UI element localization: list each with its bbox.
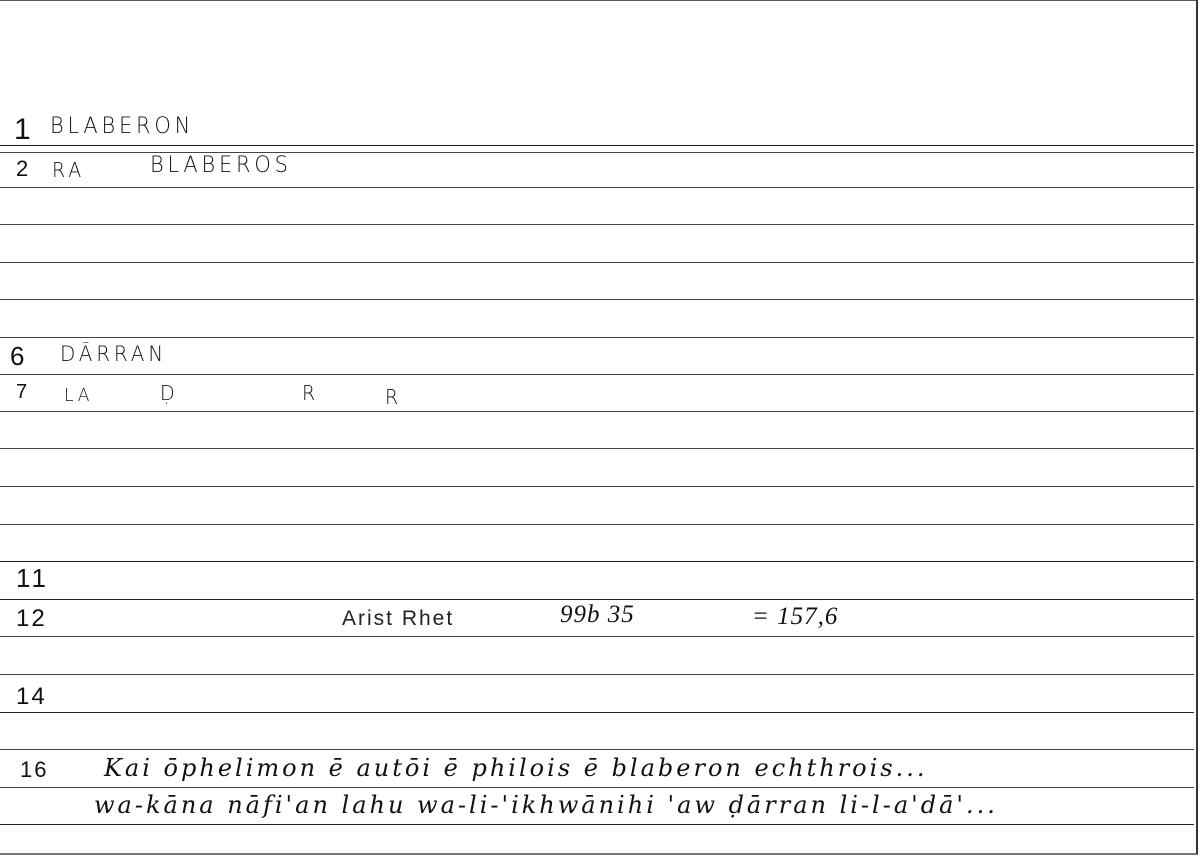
root-label: RA	[52, 158, 85, 182]
ruled-line	[0, 599, 1194, 600]
page-equivalent: = 157,6	[752, 603, 838, 631]
greek-transliteration: Kai ōphelimon ē autōi ē philois ē blaber…	[104, 754, 928, 782]
line-number-16: 16	[20, 757, 48, 783]
ruled-line	[0, 187, 1194, 188]
ruled-line	[0, 337, 1194, 338]
arabic-root-label: LA	[64, 385, 93, 406]
root-letter-3: R	[385, 385, 402, 409]
line-number-2: 2	[16, 156, 30, 182]
line-number-12: 12	[16, 605, 47, 633]
index-card: 1 BLABERON 2 RA BLABEROS 6 DĀRRAN 7 LA Ḍ…	[0, 0, 1198, 855]
ruled-line	[0, 262, 1194, 263]
arabic-transliteration: wa-kāna nāfi'an lahu wa-li-'ikhwānihi 'a…	[94, 791, 998, 819]
line-number-11: 11	[16, 563, 49, 594]
ruled-line	[0, 224, 1194, 225]
ruled-line	[0, 524, 1194, 525]
ruled-line	[0, 411, 1194, 412]
arabic-headword: DĀRRAN	[60, 342, 167, 366]
line-number-1: 1	[14, 113, 33, 147]
ruled-line	[0, 749, 1194, 750]
bekker-reference: 99b 35	[560, 601, 635, 629]
ruled-line	[0, 374, 1194, 375]
ruled-line	[0, 145, 1194, 146]
root-word: BLABEROS	[150, 153, 292, 178]
ruled-line	[0, 824, 1194, 825]
ruled-line	[0, 712, 1194, 713]
headword: BLABERON	[50, 114, 194, 139]
ruled-line	[0, 448, 1194, 449]
line-number-6: 6	[10, 341, 26, 372]
root-letter-2: R	[302, 381, 319, 405]
root-letter-1: Ḍ	[160, 381, 178, 405]
ruled-line	[0, 299, 1194, 300]
line-number-14: 14	[16, 683, 47, 711]
source-citation: Arist Rhet	[342, 607, 454, 631]
ruled-line	[0, 561, 1194, 562]
ruled-line	[0, 636, 1194, 637]
ruled-line	[0, 486, 1194, 487]
ruled-line	[0, 674, 1194, 675]
ruled-line	[0, 787, 1194, 788]
line-number-7: 7	[16, 381, 29, 404]
